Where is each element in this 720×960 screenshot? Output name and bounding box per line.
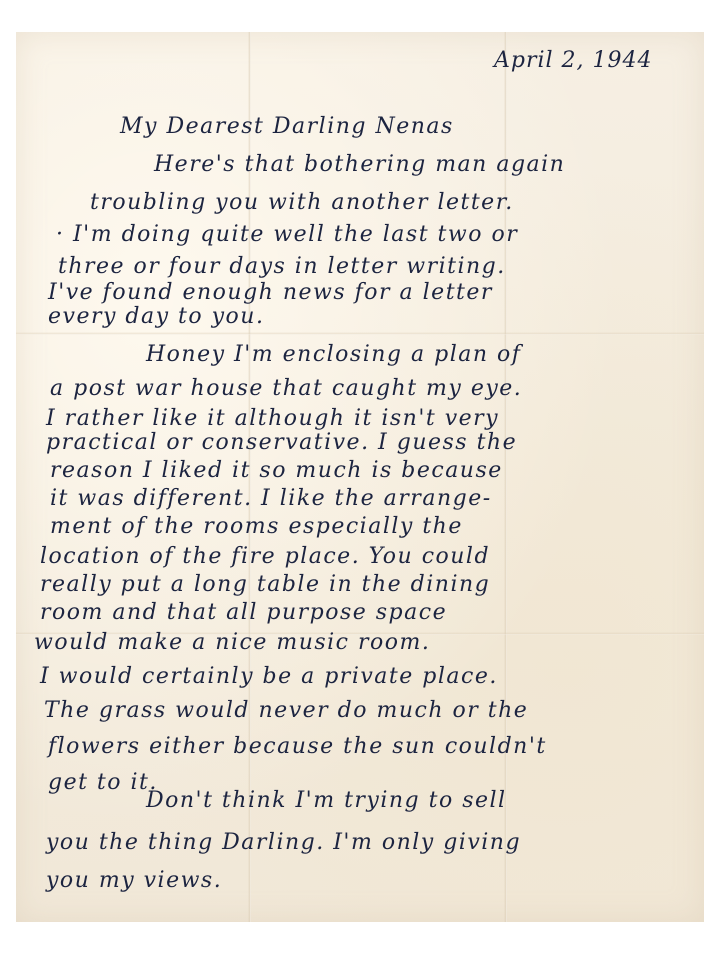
letter-line: I would certainly be a private place. [40, 666, 498, 688]
letter-line: you my views. [46, 870, 222, 892]
letter-line: location of the fire place. You could [40, 546, 490, 568]
letter-line: would make a nice music room. [34, 632, 430, 654]
letter-line: I rather like it although it isn't very [46, 408, 499, 430]
letter-line: The grass would never do much or the [44, 700, 528, 722]
letter-line: ment of the rooms especially the [50, 516, 463, 538]
letter-line: really put a long table in the dining [40, 574, 490, 596]
letter-salutation: My Dearest Darling Nenas [120, 116, 454, 138]
letter-line: every day to you. [48, 306, 264, 328]
letter-date: April 2, 1944 [494, 50, 653, 72]
letter-line: I've found enough news for a letter [48, 282, 493, 304]
letter-line: Don't think I'm trying to sell [146, 790, 507, 812]
letter-line: reason I liked it so much is because [50, 460, 503, 482]
letter-line: Honey I'm enclosing a plan of [146, 344, 521, 366]
paper-fold-line [16, 332, 704, 335]
letter-line: flowers either because the sun couldn't [48, 736, 547, 758]
letter-page: April 2, 1944 My Dearest Darling Nenas H… [16, 32, 704, 922]
letter-line: room and that all purpose space [40, 602, 447, 624]
letter-line: · I'm doing quite well the last two or [56, 224, 518, 246]
letter-line: practical or conservative. I guess the [46, 432, 517, 454]
letter-line: get to it. [48, 772, 158, 794]
letter-line: you the thing Darling. I'm only giving [46, 832, 521, 854]
letter-line: a post war house that caught my eye. [50, 378, 522, 400]
letter-line: three or four days in letter writing. [58, 256, 506, 278]
letter-line: troubling you with another letter. [90, 192, 514, 214]
letter-line: it was different. I like the arrange- [50, 488, 492, 510]
letter-line: Here's that bothering man again [154, 154, 565, 176]
